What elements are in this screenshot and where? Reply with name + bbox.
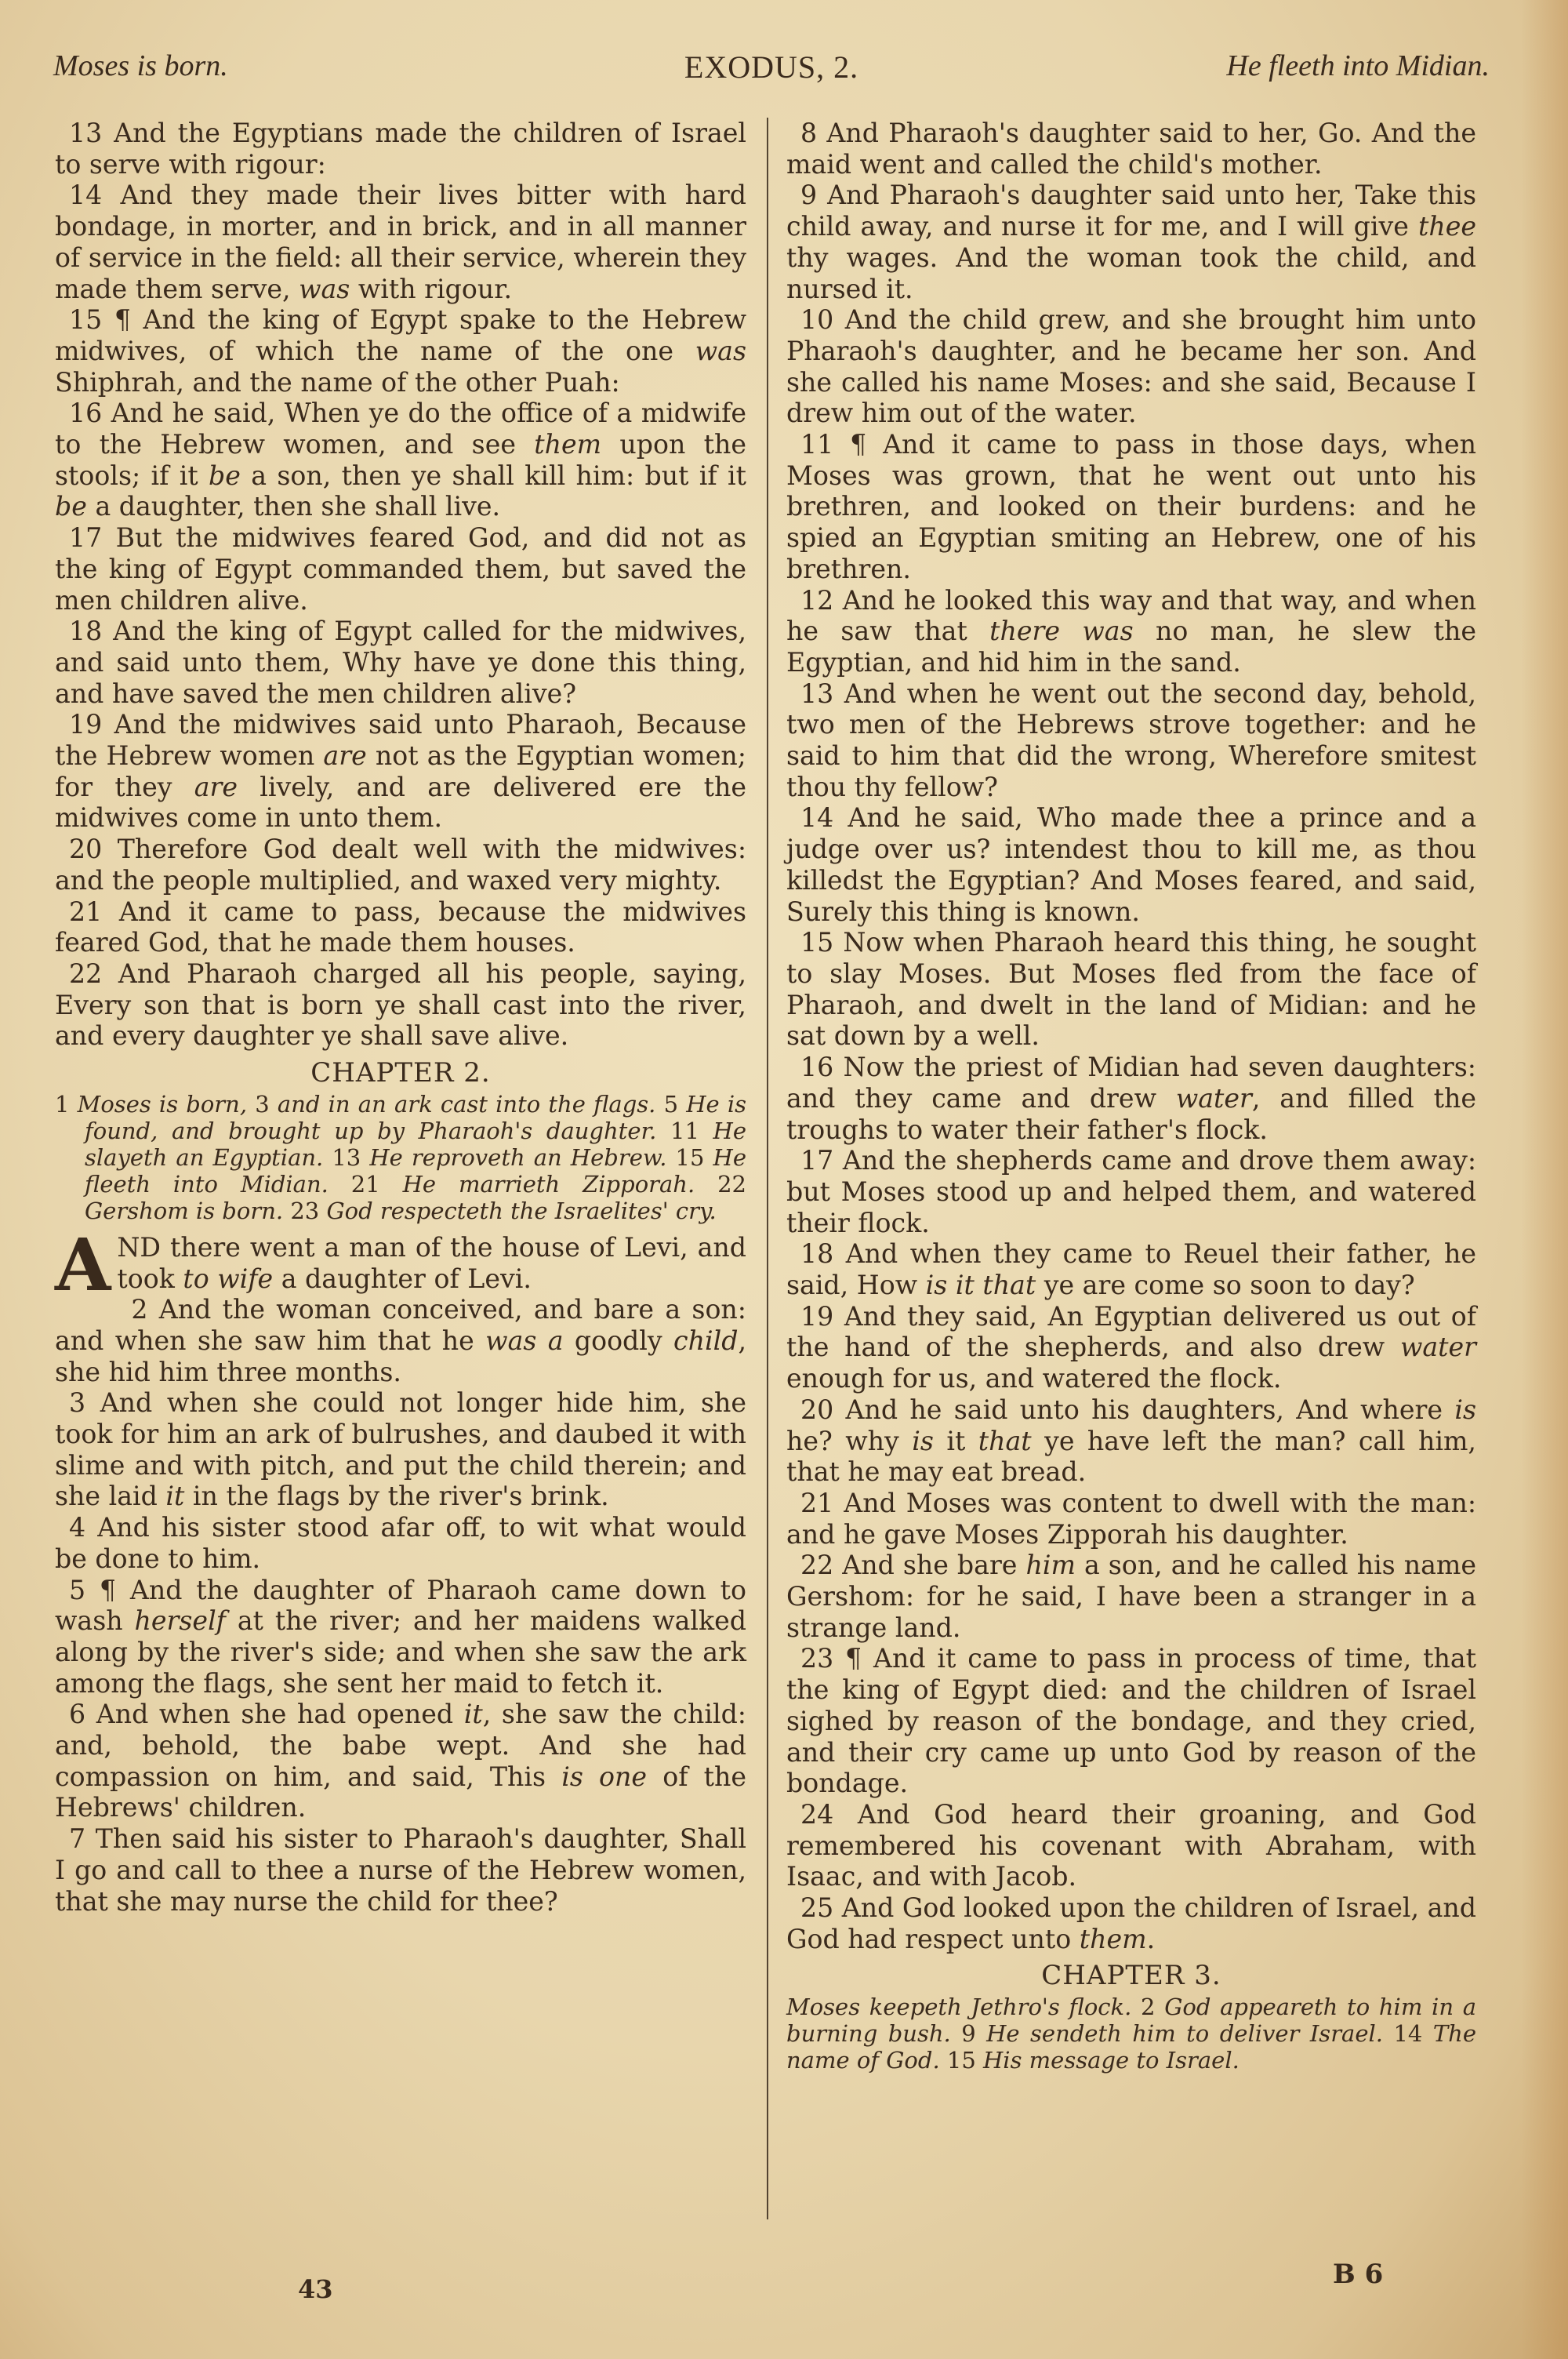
verse-1: A ND there went a man of the house of Le…: [55, 1232, 746, 1294]
verse: 14 And they made their lives bitter with…: [55, 180, 746, 304]
verse: 9 And Pharaoh's daughter said unto her, …: [786, 180, 1476, 304]
verse: 2 And the woman conceived, and bare a so…: [55, 1294, 746, 1387]
verse: 17 But the midwives feared God, and did …: [55, 522, 746, 616]
verse-1-text: ND there went a man of the house of Levi…: [117, 1232, 746, 1294]
verse: 12 And he looked this way and that way, …: [786, 585, 1476, 678]
page-number: 43: [298, 2274, 333, 2304]
verse: 24 And God heard their groaning, and God…: [786, 1799, 1476, 1892]
verse: 6 And when she had opened it, she saw th…: [55, 1699, 746, 1823]
verse: 22 And Pharaoh charged all his people, s…: [55, 958, 746, 1052]
verse: 8 And Pharaoh's daughter said to her, Go…: [786, 118, 1476, 180]
verse: 10 And the child grew, and she brought h…: [786, 304, 1476, 429]
verse: 13 And the Egyptians made the children o…: [55, 118, 746, 180]
chapter3-summary: Moses keepeth Jethro's flock. 2 God appe…: [786, 1994, 1476, 2074]
verse: 4 And his sister stood afar off, to wit …: [55, 1512, 746, 1574]
verse: 22 And she bare him a son, and he called…: [786, 1550, 1476, 1643]
chapter2-heading: CHAPTER 2.: [55, 1058, 746, 1089]
chapter3-heading: CHAPTER 3.: [786, 1961, 1476, 1992]
verse: 23 ¶ And it came to pass in process of t…: [786, 1643, 1476, 1799]
page-edge-shading: [1521, 0, 1568, 2359]
verse: 15 ¶ And the king of Egypt spake to the …: [55, 304, 746, 398]
verse: 16 And he said, When ye do the office of…: [55, 398, 746, 522]
verse: 20 And he said unto his daughters, And w…: [786, 1394, 1476, 1488]
verse: 19 And the midwives said unto Pharaoh, B…: [55, 709, 746, 834]
verse: 11 ¶ And it came to pass in those days, …: [786, 429, 1476, 585]
header-left-caption: Moses is born.: [53, 49, 228, 83]
chapter2-summary: 1 Moses is born, 3 and in an ark cast in…: [55, 1091, 746, 1224]
printer-signature: B 6: [1333, 2259, 1383, 2290]
drop-cap: A: [55, 1235, 111, 1295]
verse: 13 And when he went out the second day, …: [786, 678, 1476, 803]
verse: 14 And he said, Who made thee a prince a…: [786, 802, 1476, 927]
verse: 5 ¶ And the daughter of Pharaoh came dow…: [55, 1575, 746, 1699]
chapter2-verses-left: 2 And the woman conceived, and bare a so…: [55, 1294, 746, 1917]
running-header: Moses is born. EXODUS, 2. He fleeth into…: [53, 49, 1490, 96]
verse: 3 And when she could not longer hide him…: [55, 1387, 746, 1512]
verse: 18 And the king of Egypt called for the …: [55, 616, 746, 709]
verse: 21 And it came to pass, because the midw…: [55, 896, 746, 958]
verse: 17 And the shepherds came and drove them…: [786, 1145, 1476, 1238]
chapter2-verses-right: 8 And Pharaoh's daughter said to her, Go…: [786, 118, 1476, 1954]
left-column: 13 And the Egyptians made the children o…: [55, 118, 746, 1917]
verse: 18 And when they came to Reuel their fat…: [786, 1238, 1476, 1300]
right-column: 8 And Pharaoh's daughter said to her, Go…: [786, 118, 1476, 2081]
verse: 16 Now the priest of Midian had seven da…: [786, 1052, 1476, 1145]
book-chapter-title: EXODUS, 2.: [684, 49, 858, 85]
verse: 25 And God looked upon the children of I…: [786, 1892, 1476, 1954]
verse: 19 And they said, An Egyptian delivered …: [786, 1301, 1476, 1394]
chapter1-verses: 13 And the Egyptians made the children o…: [55, 118, 746, 1052]
verse: 21 And Moses was content to dwell with t…: [786, 1488, 1476, 1550]
verse: 15 Now when Pharaoh heard this thing, he…: [786, 927, 1476, 1052]
header-right-caption: He fleeth into Midian.: [1226, 49, 1490, 83]
verse: 20 Therefore God dealt well with the mid…: [55, 834, 746, 896]
verse: 7 Then said his sister to Pharaoh's daug…: [55, 1823, 746, 1917]
column-divider: [767, 118, 768, 2219]
